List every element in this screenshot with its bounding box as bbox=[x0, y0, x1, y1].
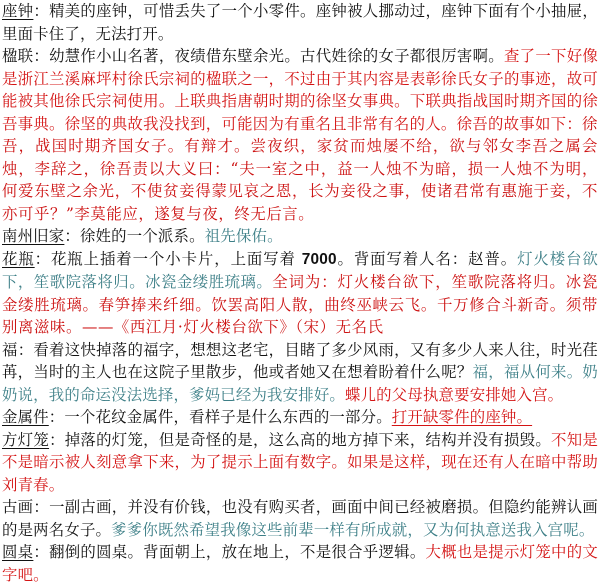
term-label: 南州旧家 bbox=[2, 227, 64, 245]
description: 徐姓的一个派系。 bbox=[80, 227, 205, 245]
term-label: 圆桌 bbox=[2, 543, 33, 561]
description: 花瓶上插着一个小卡片，上面写着 bbox=[51, 250, 302, 268]
voice-line: 祖先保佑。 bbox=[205, 227, 283, 245]
term-label: 座钟 bbox=[2, 2, 33, 20]
entry-couplet: 楹联：幼慧作小山名著，夜绩借东壁余光。古代姓徐的女子都很厉害啊。查了一下好像是浙… bbox=[2, 45, 598, 225]
research-note: 蝶儿的父母执意要安排她入宫。 bbox=[345, 386, 563, 404]
term-label: 福 bbox=[2, 341, 18, 359]
entry-fu-character: 福：看着这快掉落的福字，想想这老宅，目睹了多少风雨，又有多少人来人往，时光荏苒，… bbox=[2, 339, 598, 407]
entry-metal-piece: 金属件：一个花纹金属件，看样子是什么东西的一部分。打开缺零件的座钟。 bbox=[2, 406, 598, 429]
entry-clock: 座钟：精美的座钟，可惜丢失了一个小零件。座钟被人挪动过，座钟下面有个小抽屉，里面… bbox=[2, 0, 598, 45]
term-label: 方灯笼 bbox=[2, 431, 49, 449]
voice-line: 爹爹你既然希望我像这些前辈一样有所成就，又为何执意送我入宫呢。 bbox=[111, 521, 594, 539]
notes-document: 座钟：精美的座钟，可惜丢失了一个小零件。座钟被人挪动过，座钟下面有个小抽屉，里面… bbox=[0, 0, 600, 585]
term-label: 花瓶 bbox=[2, 250, 35, 268]
description: 掉落的灯笼，但是奇怪的是，这么高的地方掉下来，结构并没有损毁。 bbox=[65, 431, 551, 449]
entry-square-lantern: 方灯笼：掉落的灯笼，但是奇怪的是，这么高的地方掉下来，结构并没有损毁。不知是不是… bbox=[2, 429, 598, 497]
description: 精美的座钟，可惜丢失了一个小零件。座钟被人挪动过，座钟下面有个小抽屉，里面卡住了… bbox=[2, 2, 598, 43]
term-label: 金属件 bbox=[2, 408, 49, 426]
term-label: 楹联 bbox=[2, 47, 33, 65]
entry-vase: 花瓶：花瓶上插着一个小卡片，上面写着 7000。背面写着人名：赵普。灯火楼台欲下… bbox=[2, 248, 598, 339]
description: 幼慧作小山名著，夜绩借东壁余光。古代姓徐的女子都很厉害啊。 bbox=[49, 47, 504, 65]
entry-nanzhou-family: 南州旧家：徐姓的一个派系。祖先保佑。 bbox=[2, 225, 598, 248]
description: 一个花纹金属件，看样子是什么东西的一部分。 bbox=[64, 408, 391, 426]
term-label: 古画 bbox=[2, 498, 33, 516]
card-number: 7000 bbox=[302, 251, 337, 268]
entry-round-table: 圆桌：翻倒的圆桌。背面朝上，放在地上，不是很合乎逻辑。大概也是提示灯笼中的文字吧… bbox=[2, 541, 598, 585]
description-cont: 。背面写着人名：赵普。 bbox=[337, 250, 517, 268]
hint-note: 打开缺零件的座钟。 bbox=[392, 408, 532, 426]
description: 翻倒的圆桌。背面朝上，放在地上，不是很合乎逻辑。 bbox=[49, 543, 425, 561]
entry-ancient-painting: 古画：一副古画，并没有价钱，也没有购买者，画面中间已经被磨损。但隐约能辨认画的是… bbox=[2, 496, 598, 541]
